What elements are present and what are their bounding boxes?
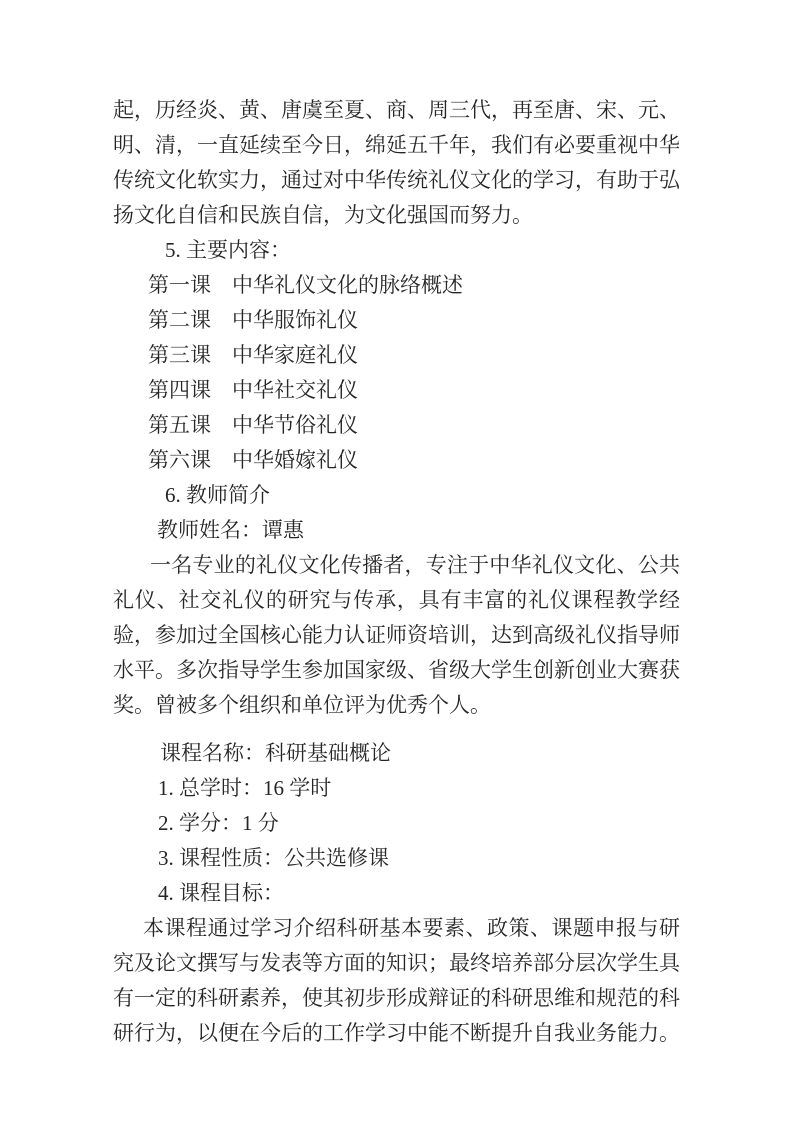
document-content: 起，历经炎、黄、唐虞至夏、商、周三代，再至唐、宋、元、明、清，一直延续至今日，绵… bbox=[113, 93, 680, 1051]
lesson-line-1: 第一课 中华礼仪文化的脉络概述 bbox=[113, 268, 680, 303]
paragraph-course-goal: 本课程通过学习介绍科研基本要素、政策、课题申报与研究及论文撰写与发表等方面的知识… bbox=[113, 911, 680, 1051]
lesson-line-4: 第四课 中华社交礼仪 bbox=[113, 373, 680, 408]
teacher-name-line: 教师姓名：谭惠 bbox=[113, 513, 680, 548]
course-item-total-hours: 1. 总学时：16 学时 bbox=[113, 771, 680, 806]
section-item-5-main-content: 5. 主要内容： bbox=[113, 233, 680, 268]
lesson-line-6: 第六课 中华婚嫁礼仪 bbox=[113, 443, 680, 478]
document-page: 起，历经炎、黄、唐虞至夏、商、周三代，再至唐、宋、元、明、清，一直延续至今日，绵… bbox=[0, 0, 793, 1122]
course-item-course-type: 3. 课程性质：公共选修课 bbox=[113, 841, 680, 876]
paragraph-teacher-bio: 一名专业的礼仪文化传播者，专注于中华礼仪文化、公共礼仪、社交礼仪的研究与传承，具… bbox=[113, 548, 680, 723]
course-item-credits: 2. 学分：1 分 bbox=[113, 806, 680, 841]
course-name-line: 课程名称：科研基础概论 bbox=[113, 736, 680, 771]
section-item-6-teacher-intro: 6. 教师简介 bbox=[113, 478, 680, 513]
lesson-line-2: 第二课 中华服饰礼仪 bbox=[113, 303, 680, 338]
course-item-course-goal-label: 4. 课程目标： bbox=[113, 876, 680, 911]
lesson-line-3: 第三课 中华家庭礼仪 bbox=[113, 338, 680, 373]
lesson-line-5: 第五课 中华节俗礼仪 bbox=[113, 408, 680, 443]
paragraph-history-continuation: 起，历经炎、黄、唐虞至夏、商、周三代，再至唐、宋、元、明、清，一直延续至今日，绵… bbox=[113, 93, 680, 233]
